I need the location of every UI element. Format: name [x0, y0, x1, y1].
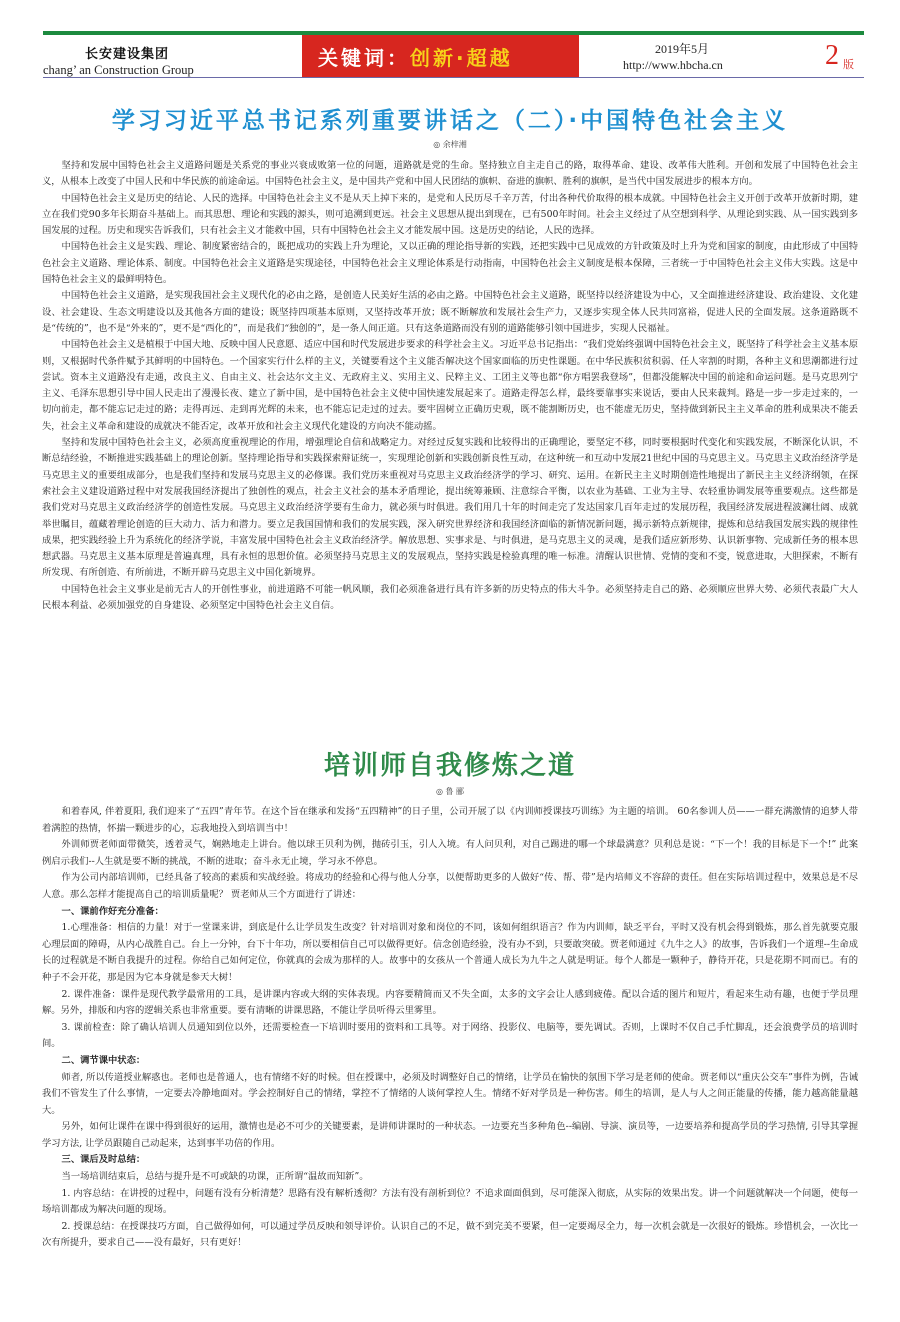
section-heading: 二、调节课中状态：: [42, 1053, 858, 1070]
section-heading: 一、课前作好充分准备：: [42, 904, 858, 921]
paragraph: 当一场培训结束后，总结与提升是不可或缺的功课，正所谓“温故而知新”。: [42, 1169, 858, 1186]
paragraph: 外训师贾老师面带微笑，透着灵气，娴熟地走上讲台。他以球王贝利为例，抛砖引玉，引人…: [42, 837, 858, 870]
org-name-english: chang’ an Construction Group: [43, 63, 194, 78]
org-name-chinese: 长安建设集团: [85, 43, 169, 62]
paragraph: 中国特色社会主义事业是前无古人的开创性事业，前进道路不可能一帆风顺，我们必须准备…: [42, 582, 858, 615]
paragraph: 另外，如何让课件在课中得到很好的运用，激情也是必不可少的关键要素，是讲师讲课时的…: [42, 1119, 858, 1152]
keyword-banner: 关键词： 创新·超越: [302, 35, 579, 77]
paragraph: 3. 课前检查：除了确认培训人员通知到位以外，还需要检查一下培训时要用的资料和工…: [42, 1020, 858, 1053]
masthead-bottom-rule: [43, 77, 864, 78]
article1-title: 学习习近平总书记系列重要讲话之（二）·中国特色社会主义: [0, 102, 900, 135]
article1-body: 坚持和发展中国特色社会主义道路问题是关系党的事业兴衰成败第一位的问题，道路就是党…: [42, 158, 858, 614]
paragraph: 2. 授课总结：在授课技巧方面，自己做得如何，可以通过学员反映和领导评价。认识自…: [42, 1219, 858, 1252]
section-heading: 三、课后及时总结：: [42, 1152, 858, 1169]
paragraph: 1.心理准备：相信的力量！对于一堂课来讲，到底是什么让学员发生改变？针对培训对象…: [42, 920, 858, 986]
keyword-value: 创新·超越: [410, 42, 513, 71]
paragraph: 师者, 所以传道授业解惑也。老师也是普通人，也有情绪不好的时候。但在授课中，必须…: [42, 1070, 858, 1120]
paragraph: 中国特色社会主义是植根于中国大地、反映中国人民意愿、适应中国和时代发展进步要求的…: [42, 337, 858, 435]
paragraph: 2. 课件准备：课件是现代教学最常用的工具，是讲课内容或大纲的实体表现。内容要精…: [42, 987, 858, 1020]
paragraph: 1. 内容总结：在讲授的过程中，问题有没有分析清楚？思路有没有解析透彻？方法有没…: [42, 1186, 858, 1219]
paragraph: 中国特色社会主义道路，是实现我国社会主义现代化的必由之路，是创造人民美好生活的必…: [42, 288, 858, 337]
paragraph: 坚持和发展中国特色社会主义，必须高度重视理论的作用，增强理论自信和战略定力。对经…: [42, 435, 858, 582]
paragraph: 中国特色社会主义是历史的结论、人民的选择。中国特色社会主义不是从天上掉下来的，是…: [42, 191, 858, 240]
paragraph: 中国特色社会主义是实践、理论、制度紧密结合的，既把成功的实践上升为理论，又以正确…: [42, 239, 858, 288]
page-suffix: 版: [843, 56, 854, 72]
article2-byline: ◎ 鲁 郦: [0, 786, 900, 797]
article2-title: 培训师自我修炼之道: [0, 745, 900, 782]
paragraph: 坚持和发展中国特色社会主义道路问题是关系党的事业兴衰成败第一位的问题，道路就是党…: [42, 158, 858, 191]
issue-date: 2019年5月: [655, 40, 709, 57]
article1-byline: ◎ 余梓湘: [0, 139, 900, 150]
page-number: 2: [825, 41, 839, 71]
paragraph: 和着春风, 伴着夏阳, 我们迎来了“五四”青年节。在这个旨在继承和发扬“五四精神…: [42, 804, 858, 837]
keyword-label: 关键词：: [318, 42, 410, 71]
paragraph: 作为公司内部培训师，已经具备了较高的素质和实战经验。将成功的经验和心得与他人分享…: [42, 870, 858, 903]
masthead: 长安建设集团 chang’ an Construction Group 关键词：…: [43, 31, 864, 78]
website-url[interactable]: http://www.hbcha.cn: [623, 58, 723, 73]
article2-body: 和着春风, 伴着夏阳, 我们迎来了“五四”青年节。在这个旨在继承和发扬“五四精神…: [42, 804, 858, 1252]
